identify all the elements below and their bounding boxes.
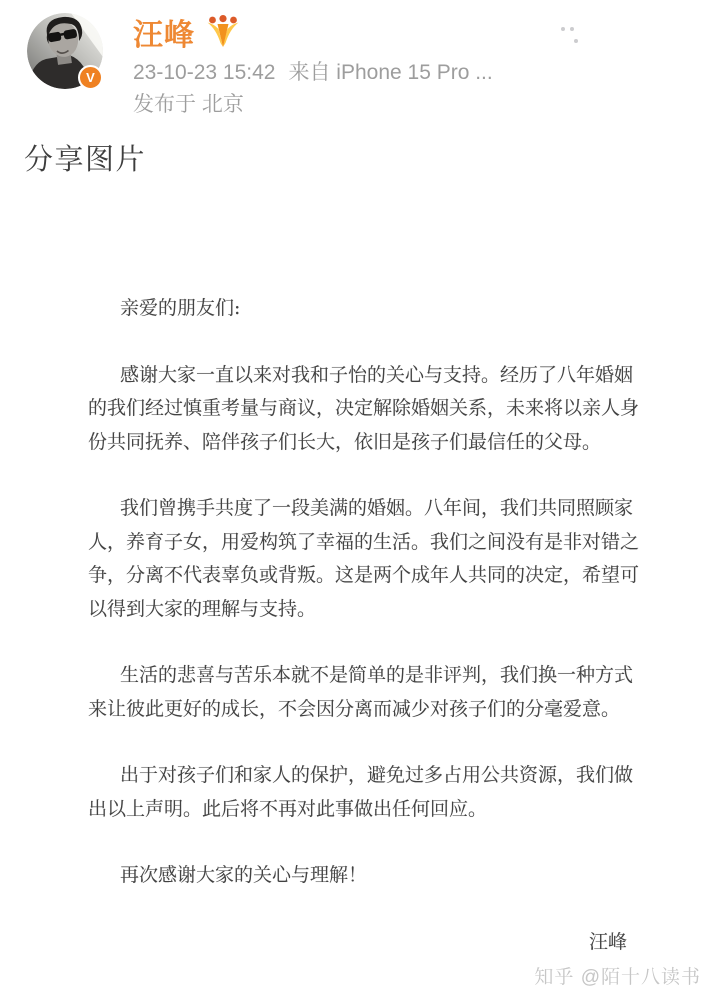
verified-badge-icon: V [78,65,103,90]
post-meta: 23-10-23 15:42来自 iPhone 15 Pro ... [133,56,493,86]
letter-paragraph: 生活的悲喜与苦乐本就不是简单的是非评判，我们换一种方式来让彼此更好的成长，不会因… [88,659,640,726]
timestamp: 23-10-23 15:42 [133,61,275,84]
letter-paragraph: 出于对孩子们和家人的保护，避免过多占用公共资源，我们做出以上声明。此后将不再对此… [88,759,640,826]
letter-closing: 再次感谢大家的关心与理解！ [88,859,640,893]
letter-paragraph: 我们曾携手共度了一段美满的婚姻。八年间，我们共同照顾家人，养育子女，用爱构筑了幸… [88,492,640,626]
more-options-icon[interactable] [556,22,584,46]
letter-image[interactable]: 亲爱的朋友们: 感谢大家一直以来对我和子怡的关心与支持。经历了八年婚姻的我们经过… [88,292,640,959]
watermark: 知乎 @陌十八读书 [534,962,701,989]
letter-greeting: 亲爱的朋友们: [88,292,640,326]
avatar[interactable]: V [27,13,103,89]
post-location: 发布于 北京 [133,88,244,118]
username[interactable]: 汪峰 [133,10,195,54]
device-source: 来自 iPhone 15 Pro ... [288,61,492,84]
letter-paragraph: 感谢大家一直以来对我和子怡的关心与支持。经历了八年婚姻的我们经过慎重考量与商议，… [88,359,640,460]
vip-crown-icon [205,14,241,48]
letter-signature: 汪峰 [88,926,640,960]
post-text: 分享图片 [24,137,146,178]
